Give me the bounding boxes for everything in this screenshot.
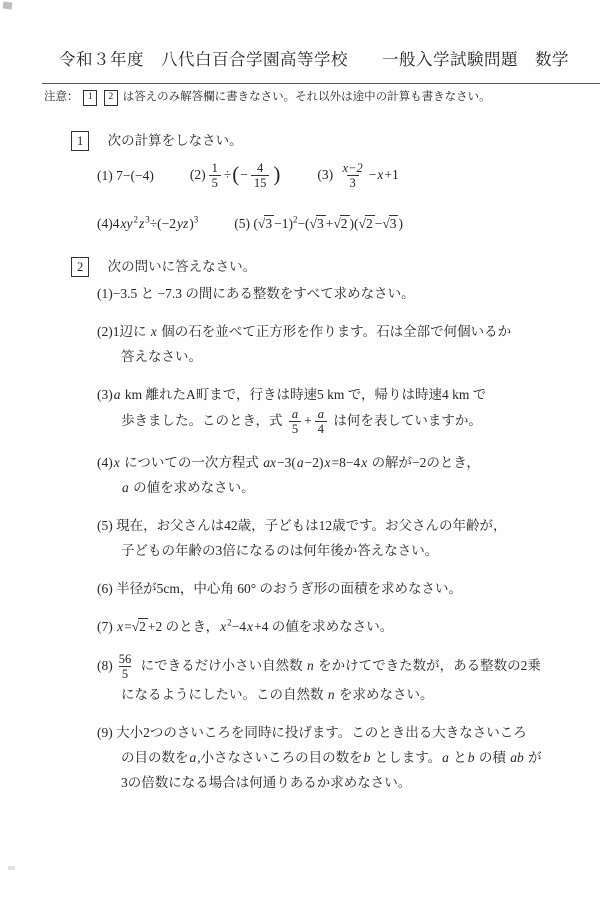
sqrt-expression: √3 [310, 216, 326, 231]
notice-line: 注意： 1 2 は答えのみ解答欄に書きなさい。それ以外は途中の計算も書きなさい。 [44, 88, 600, 107]
sqrt-expression: √3 [382, 216, 398, 231]
question-line: 子どもの年齢の3倍になるのは何年後か答えなさい。 [97, 538, 600, 563]
notice-box-2: 2 [104, 90, 118, 106]
math-text: と [450, 750, 467, 765]
math-text: +1 [384, 167, 398, 182]
math-text: + [304, 413, 312, 428]
question-line: の目の数をa,小さなさいころの目の数をb とします。a とb の積 ab が [97, 745, 600, 770]
question-line: (6) 半径が5cm，中心角 60° のおうぎ形の面積を求めなさい。 [97, 576, 600, 601]
fraction: x−23 [340, 161, 366, 191]
math-text: 3 [194, 214, 199, 224]
math-text: +2 のとき， [148, 619, 219, 634]
math-text: )( [350, 216, 359, 231]
section1-number-box: 1 [71, 131, 89, 151]
math-text: xy [120, 216, 134, 231]
math-text: =8−4 [331, 455, 360, 470]
sqrt-expression: √2 [359, 216, 375, 231]
math-text: ( [231, 162, 240, 186]
sqrt-expression: √2 [333, 216, 349, 231]
math-text: をかけてできた数が，ある整数の2乗 [315, 658, 541, 673]
calc-item: (3) x−23−x+1 [317, 161, 398, 191]
math-text: ab [509, 750, 525, 765]
math-text: の目の数を [121, 750, 189, 765]
question: (5) 現在，お父さんは42歳，子どもは12歳です。お父さんの年齢が，子どもの年… [97, 513, 600, 563]
math-text: −1) [274, 216, 293, 231]
calc-item: (5) (√3−1)2−(√3+√2)(√2−√3) [234, 216, 403, 232]
question: (3)a km 離れたA町まで，行きは時速5 km で，帰りは時速4 km で歩… [97, 382, 600, 437]
question: (4)x についての一次方程式 ax−3(a−2)x=8−4x の解が−2のとき… [97, 450, 600, 500]
math-text: −3( [277, 455, 296, 470]
math-text: (4) [97, 216, 113, 231]
math-text: は何を表していますか。 [330, 413, 482, 428]
math-text: −2) [305, 455, 324, 470]
question-line: になるようにしたい。この自然数 n を求めなさい。 [97, 682, 600, 707]
question-line: 歩きました。このとき，式 a5+a4 は何を表していますか。 [97, 407, 600, 437]
question-line: (4)x についての一次方程式 ax−3(a−2)x=8−4x の解が−2のとき… [97, 450, 600, 475]
math-text: (7) [97, 619, 116, 634]
math-text: x [150, 324, 158, 339]
scan-artifact [3, 1, 13, 9]
math-text: a [113, 387, 122, 402]
fraction: 415 [251, 161, 270, 191]
fraction: 15 [209, 161, 221, 191]
notice-prefix: 注意： [44, 91, 79, 103]
section1-header: 1 次の計算をしなさい。 [71, 129, 600, 151]
question-line: 3の倍数になる場合は何通りあるか求めなさい。 [97, 770, 600, 795]
math-text: n [306, 658, 315, 673]
math-text: 答えなさい。 [121, 349, 202, 364]
math-text: x [113, 455, 121, 470]
page-title: 令和３年度 八代白百合学園高等学校 一般入学試験問題 数学 [0, 0, 600, 70]
header-divider [42, 83, 600, 84]
math-text: 歩きました。このとき，式 [121, 413, 286, 428]
scan-artifact [8, 866, 15, 870]
math-text: +4 の値を求めなさい。 [254, 619, 393, 634]
calc-row: (4)4xy2z3÷(−2yz)3(5) (√3−1)2−(√3+√2)(√2−… [97, 207, 600, 241]
question-line: a の値を求めなさい。 [97, 475, 600, 500]
math-text: にできるだけ小さい自然数 [137, 658, 306, 673]
math-text: 子どもの年齢の3倍になるのは何年後か答えなさい。 [121, 543, 438, 558]
math-text: の値を求めなさい。 [130, 480, 255, 495]
math-text: ÷(−2 [150, 216, 176, 231]
fraction: 565 [116, 652, 135, 682]
math-text: (3) [317, 167, 336, 182]
question-line: (1)−3.5 と −7.3 の間にある整数をすべて求めなさい。 [97, 281, 600, 306]
math-text: (2) [190, 167, 206, 182]
section2-number-box: 2 [71, 257, 89, 277]
math-text: − [240, 167, 248, 182]
fraction: a5 [289, 407, 301, 437]
section2-heading: 次の問いに答えなさい。 [108, 259, 257, 274]
math-text: n [327, 687, 336, 702]
math-text: x [219, 619, 227, 634]
math-text: (9) 大小2つのさいころを同時に投げます。このとき出る大きなさいころ [97, 725, 527, 740]
question: (1)−3.5 と −7.3 の間にある整数をすべて求めなさい。 [97, 281, 600, 306]
sqrt-expression: √3 [258, 216, 274, 231]
math-text: についての一次方程式 [121, 455, 262, 470]
question: (6) 半径が5cm，中心角 60° のおうぎ形の面積を求めなさい。 [97, 576, 600, 601]
math-text: ) [398, 216, 403, 231]
math-text: (1) 7−(−4) [97, 168, 154, 183]
math-text: を求めなさい。 [336, 687, 434, 702]
math-text: とします。 [371, 750, 441, 765]
question: (2)1辺に x 個の石を並べて正方形を作ります。石は全部で何個いるか答えなさい… [97, 319, 600, 369]
math-text: yz [176, 216, 189, 231]
question: (8)565 にできるだけ小さい自然数 n をかけてできた数が，ある整数の2乗に… [97, 652, 600, 707]
section1-problems: (1) 7−(−4)(2)15÷(−415)(3) x−23−x+1(4)4xy… [97, 159, 600, 241]
math-text: (5) ( [234, 216, 258, 231]
math-text: 4 [113, 216, 120, 231]
math-text: ax [262, 455, 277, 470]
question-line: (7) x=√2+2 のとき，x2−4x+4 の値を求めなさい。 [97, 614, 600, 639]
math-text: 個の石を並べて正方形を作ります。石は全部で何個いるか [158, 324, 511, 339]
section2-questions: (1)−3.5 と −7.3 の間にある整数をすべて求めなさい。(2)1辺に x… [97, 281, 600, 795]
question-line: (9) 大小2つのさいころを同時に投げます。このとき出る大きなさいころ [97, 720, 600, 745]
math-text: (6) 半径が5cm，中心角 60° のおうぎ形の面積を求めなさい。 [97, 581, 462, 596]
math-text: (4) [97, 455, 113, 470]
math-text: −4 [232, 619, 246, 634]
question-line: (8)565 にできるだけ小さい自然数 n をかけてできた数が，ある整数の2乗 [97, 652, 600, 682]
math-text: km 離れたA町まで，行きは時速5 km で，帰りは時速4 km で [122, 387, 487, 402]
math-text: (1)−3.5 と −7.3 の間にある整数をすべて求めなさい。 [97, 286, 415, 301]
question: (7) x=√2+2 のとき，x2−4x+4 の値を求めなさい。 [97, 614, 600, 639]
math-text: になるようにしたい。この自然数 [121, 687, 327, 702]
math-text: ) [272, 162, 281, 186]
math-text: ,小さなさいころの目の数を [197, 750, 362, 765]
math-text: a [189, 750, 198, 765]
notice-text: は答えのみ解答欄に書きなさい。それ以外は途中の計算も書きなさい。 [123, 91, 491, 103]
math-text: a [296, 455, 305, 470]
section2-header: 2 次の問いに答えなさい。 [71, 255, 600, 277]
math-text: (2)1辺に [97, 324, 150, 339]
section1-heading: 次の計算をしなさい。 [108, 133, 243, 148]
math-text: x [116, 619, 124, 634]
calc-item: (4)4xy2z3÷(−2yz)3 [97, 216, 198, 232]
question-line: 答えなさい。 [97, 344, 600, 369]
fraction: a4 [315, 407, 327, 437]
math-text: a [441, 750, 450, 765]
sqrt-expression: √2 [132, 619, 148, 634]
question-line: (3)a km 離れたA町まで，行きは時速5 km で，帰りは時速4 km で [97, 382, 600, 407]
exam-page: 令和３年度 八代白百合学園高等学校 一般入学試験問題 数学 注意： 1 2 は答… [0, 0, 600, 900]
calc-row: (1) 7−(−4)(2)15÷(−415)(3) x−23−x+1 [97, 159, 600, 193]
notice-box-1: 1 [83, 90, 97, 106]
math-text: x [360, 455, 368, 470]
math-text: の解が−2のとき， [368, 455, 480, 470]
question-line: (2)1辺に x 個の石を並べて正方形を作ります。石は全部で何個いるか [97, 319, 600, 344]
math-text: a [121, 480, 130, 495]
math-text: が [525, 750, 542, 765]
question-line: (5) 現在，お父さんは42歳，子どもは12歳です。お父さんの年齢が， [97, 513, 600, 538]
math-text: (8) [97, 658, 113, 673]
math-text: b [467, 750, 476, 765]
calc-item: (2)15÷(−415) [190, 161, 282, 191]
math-text: −( [297, 216, 309, 231]
math-text: x [246, 619, 254, 634]
math-text: 3の倍数になる場合は何通りあるか求めなさい。 [121, 775, 411, 790]
calc-item: (1) 7−(−4) [97, 168, 154, 184]
math-text: = [124, 619, 132, 634]
math-text: (5) 現在，お父さんは42歳，子どもは12歳です。お父さんの年齢が， [97, 518, 507, 533]
question: (9) 大小2つのさいころを同時に投げます。このとき出る大きなさいころの目の数を… [97, 720, 600, 795]
math-text: (3) [97, 387, 113, 402]
math-text: の積 [476, 750, 510, 765]
